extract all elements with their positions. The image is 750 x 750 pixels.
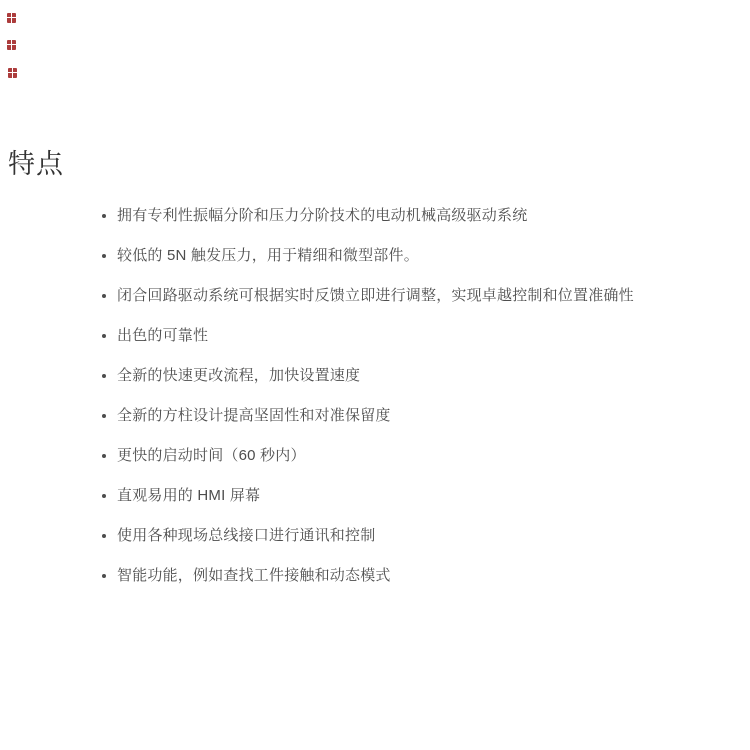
feature-item: 直观易用的 HMI 屏幕	[117, 487, 634, 503]
features-list: 拥有专利性振幅分阶和压力分阶技术的电动机械高级驱动系统 较低的 5N 触发压力，…	[0, 207, 634, 607]
feature-item: 较低的 5N 触发压力，用于精细和微型部件。	[117, 247, 634, 263]
feature-item: 全新的快速更改流程，加快设置速度	[117, 367, 634, 383]
watermark-mark	[7, 40, 16, 50]
feature-item: 出色的可靠性	[117, 327, 634, 343]
feature-item: 使用各种现场总线接口进行通讯和控制	[117, 527, 634, 543]
features-heading: 特点	[8, 146, 64, 182]
watermark-mark	[7, 13, 16, 23]
feature-item: 全新的方柱设计提高坚固性和对准保留度	[117, 407, 634, 423]
feature-item: 智能功能，例如查找工件接触和动态模式	[117, 567, 634, 583]
features-section: 特点 拥有专利性振幅分阶和压力分阶技术的电动机械高级驱动系统 较低的 5N 触发…	[0, 0, 750, 750]
feature-item: 拥有专利性振幅分阶和压力分阶技术的电动机械高级驱动系统	[117, 207, 634, 223]
watermark-mark	[8, 68, 17, 78]
feature-item: 更快的启动时间（60 秒内）	[117, 447, 634, 463]
feature-item: 闭合回路驱动系统可根据实时反馈立即进行调整，实现卓越控制和位置准确性	[117, 287, 634, 303]
